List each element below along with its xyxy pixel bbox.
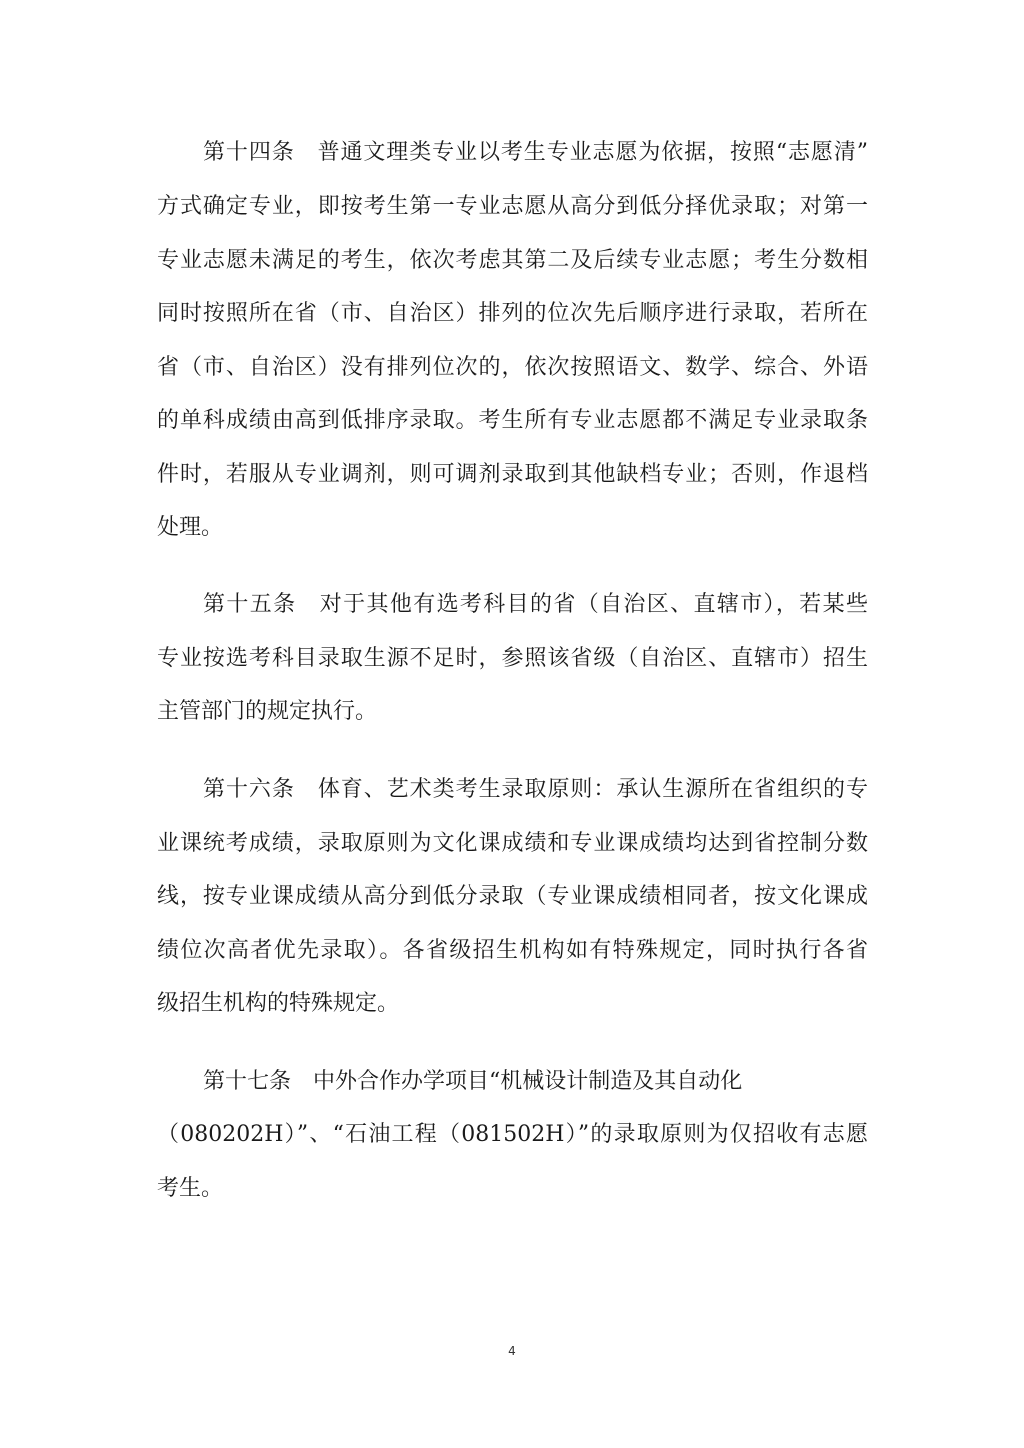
- article-16-line-4: 绩位次高者优先录取）。各省级招生机构如有特殊规定，同时执行各省: [157, 936, 868, 966]
- article-14-line-3: 专业志愿未满足的考生，依次考虑其第二及后续专业志愿；考生分数相: [157, 246, 868, 276]
- article-14-line-7: 件时，若服从专业调剂，则可调剂录取到其他缺档专业；否则，作退档: [157, 460, 868, 490]
- article-15-line-2: 专业按选考科目录取生源不足时，参照该省级（自治区、直辖市）招生: [157, 644, 868, 674]
- article-14-line-6: 的单科成绩由高到低排序录取。考生所有专业志愿都不满足专业录取条: [157, 406, 868, 436]
- article-14-line-8: 处理。: [157, 513, 868, 543]
- article-17-line-2: （080202H）”、“石油工程（081502H）”的录取原则为仅招收有志愿: [157, 1120, 868, 1150]
- page-number: 4: [0, 1344, 1024, 1358]
- document-page: 第十四条 普通文理类专业以考生专业志愿为依据，按照“志愿清” 方式确定专业，即按…: [0, 0, 1024, 1448]
- article-16-line-5: 级招生机构的特殊规定。: [157, 989, 868, 1019]
- article-15-line-3: 主管部门的规定执行。: [157, 697, 868, 727]
- article-14-line-2: 方式确定专业，即按考生第一专业志愿从高分到低分择优录取；对第一: [157, 192, 868, 222]
- article-14-line-1: 第十四条 普通文理类专业以考生专业志愿为依据，按照“志愿清”: [203, 138, 868, 168]
- article-15-line-1: 第十五条 对于其他有选考科目的省（自治区、直辖市），若某些: [203, 590, 868, 620]
- article-14-line-4: 同时按照所在省（市、自治区）排列的位次先后顺序进行录取，若所在: [157, 299, 868, 329]
- article-16-line-1: 第十六条 体育、艺术类考生录取原则：承认生源所在省组织的专: [203, 775, 868, 805]
- article-16-line-3: 线，按专业课成绩从高分到低分录取（专业课成绩相同者，按文化课成: [157, 882, 868, 912]
- article-17-line-3: 考生。: [157, 1174, 868, 1204]
- article-17-line-1: 第十七条 中外合作办学项目“机械设计制造及其自动化: [203, 1067, 868, 1097]
- article-14-line-5: 省（市、自治区）没有排列位次的，依次按照语文、数学、综合、外语: [157, 353, 868, 383]
- article-16-line-2: 业课统考成绩，录取原则为文化课成绩和专业课成绩均达到省控制分数: [157, 829, 868, 859]
